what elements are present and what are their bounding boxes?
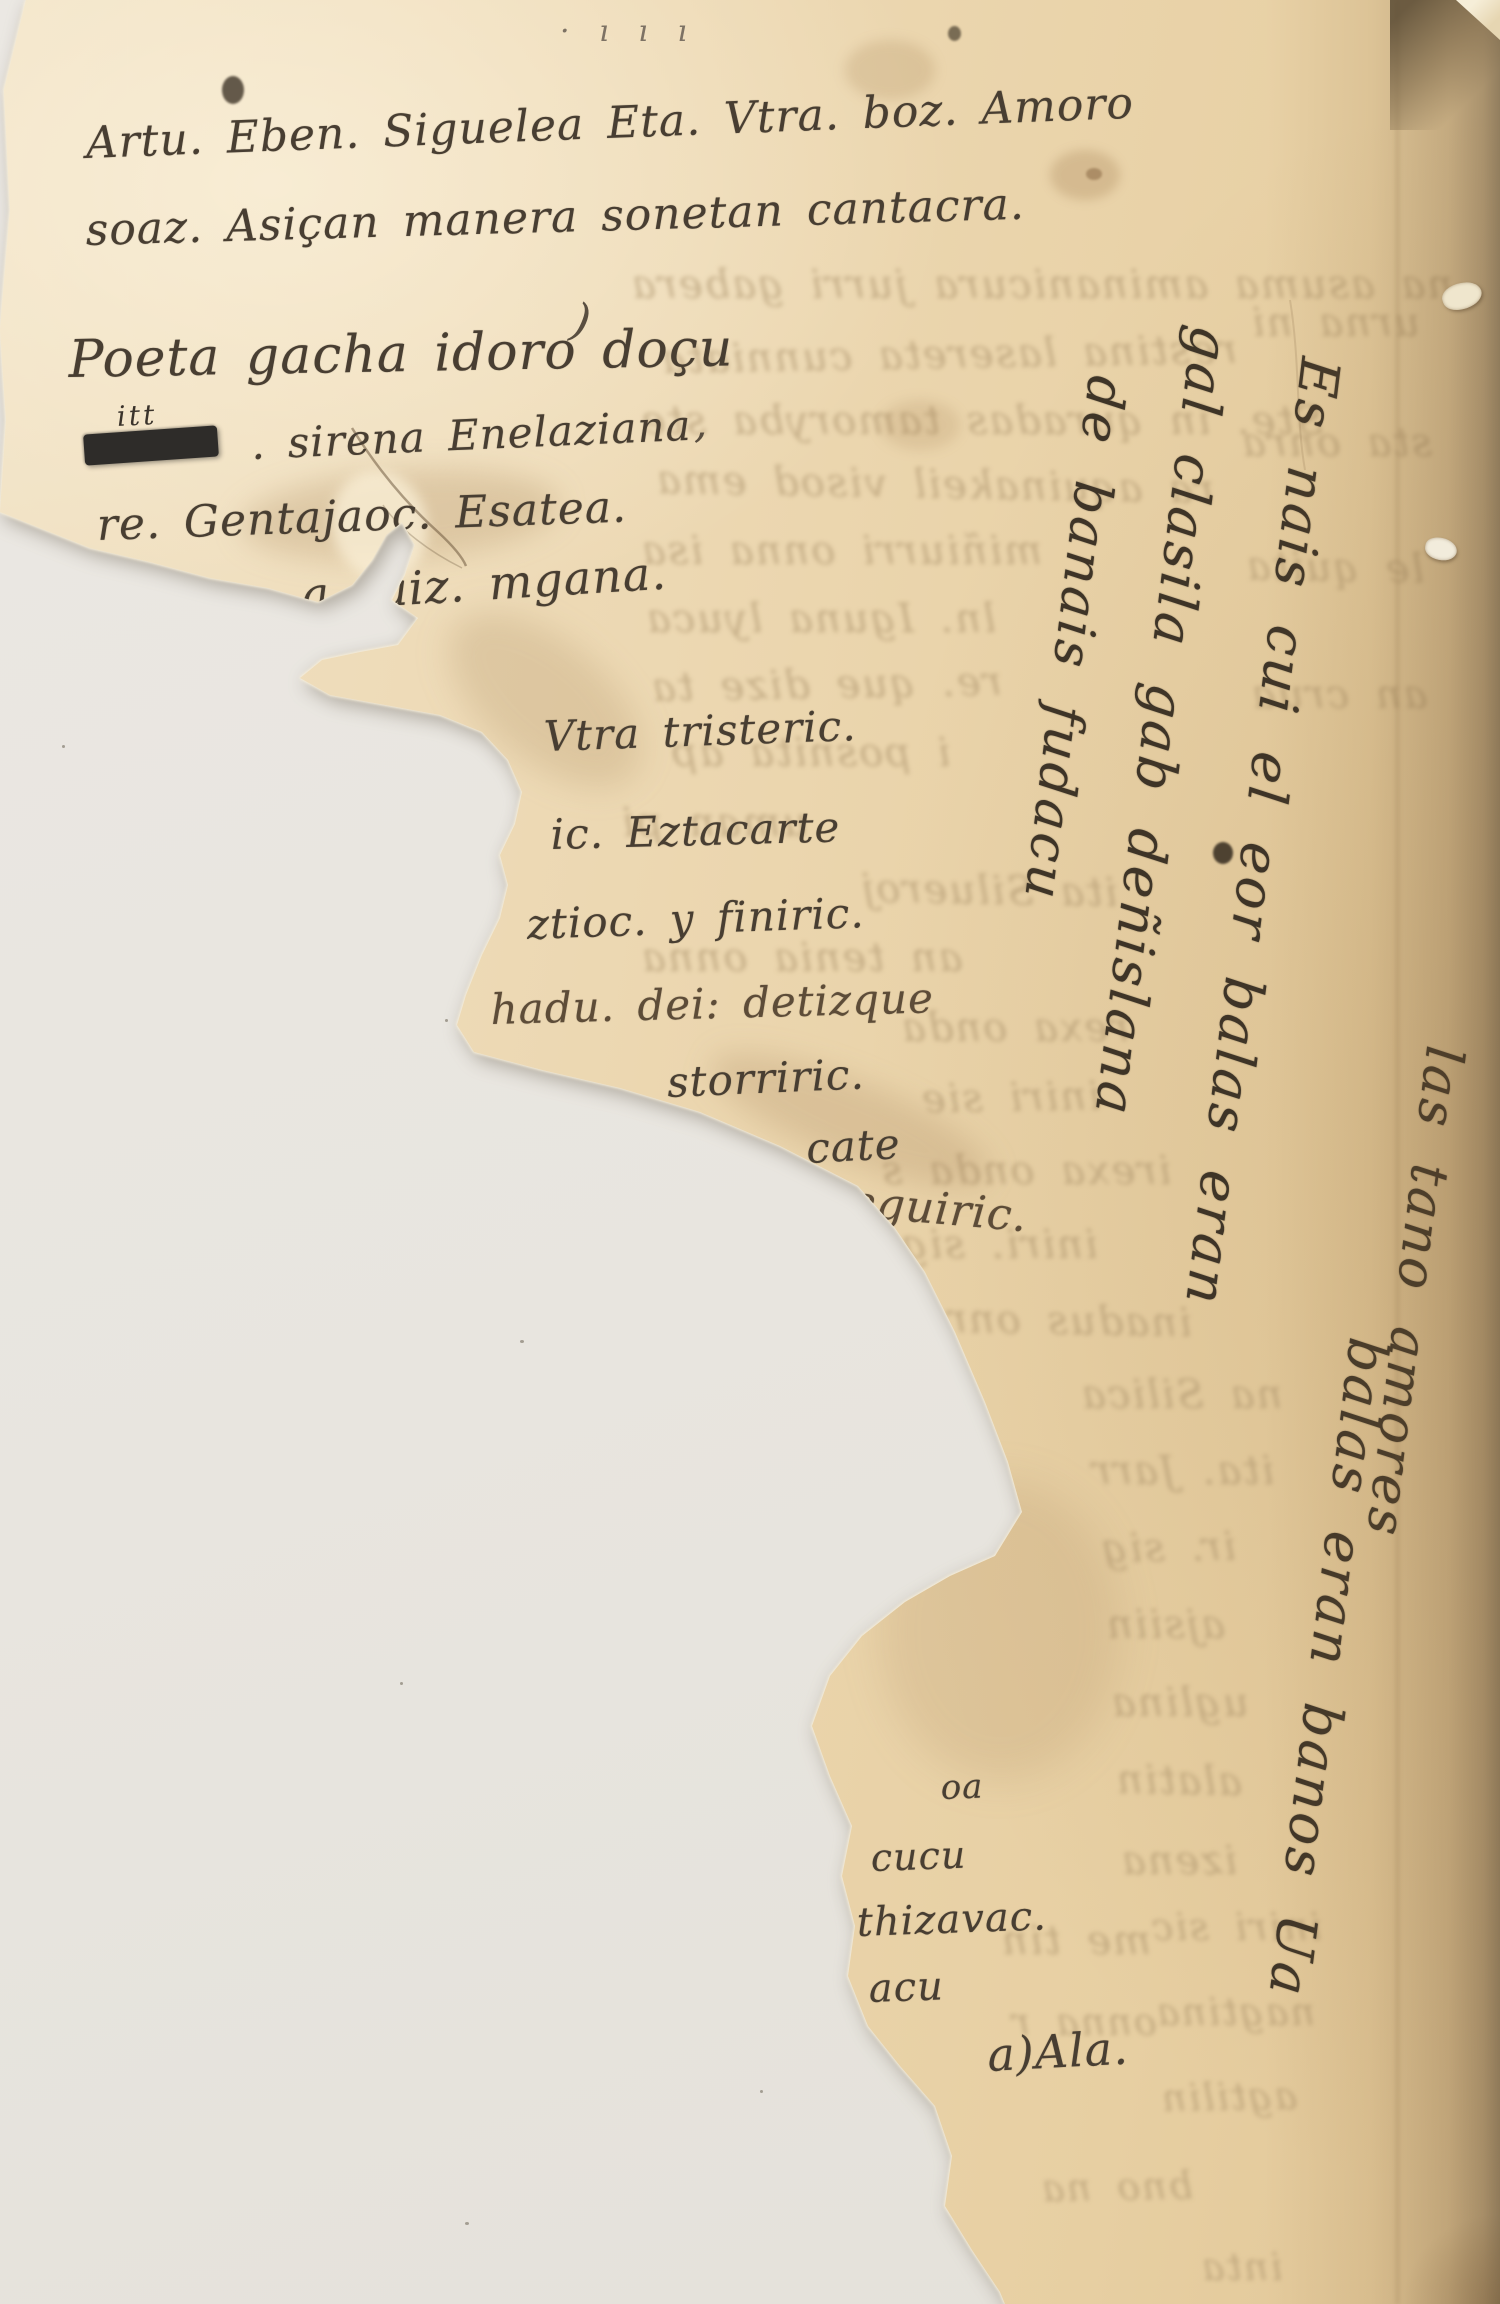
book-gutter-shadow — [1265, 0, 1500, 2304]
page-fold-crease — [1396, 0, 1399, 2304]
bottom-line: oa — [940, 1767, 984, 1808]
manuscript-line: cate — [805, 1119, 902, 1173]
bottom-line: thizavac. — [856, 1893, 1048, 1946]
bottom-line: cucu — [870, 1833, 967, 1880]
flourish-comma: , — [694, 398, 707, 447]
manuscript-line: ic. Eztacarte — [550, 802, 841, 859]
bottom-right-shading — [1340, 2150, 1500, 2304]
manuscript-line: storriric. — [666, 1049, 866, 1107]
torn-page: na asuma aminanicura jurri gabera restin… — [0, 0, 1500, 2304]
bottom-line: acu — [868, 1963, 945, 2012]
bottom-line: a)Ala. — [986, 2021, 1130, 2082]
manuscript-scan: na asuma aminanicura jurri gabera restin… — [0, 0, 1500, 2304]
top-edge-ticks: · ı ı ı — [560, 14, 697, 49]
paper-surface: na asuma aminanicura jurri gabera restin… — [0, 0, 1500, 2304]
strokes-over-redaction: itt — [116, 398, 158, 433]
manuscript-line: Poeta gacha idoro doçu — [68, 318, 734, 390]
